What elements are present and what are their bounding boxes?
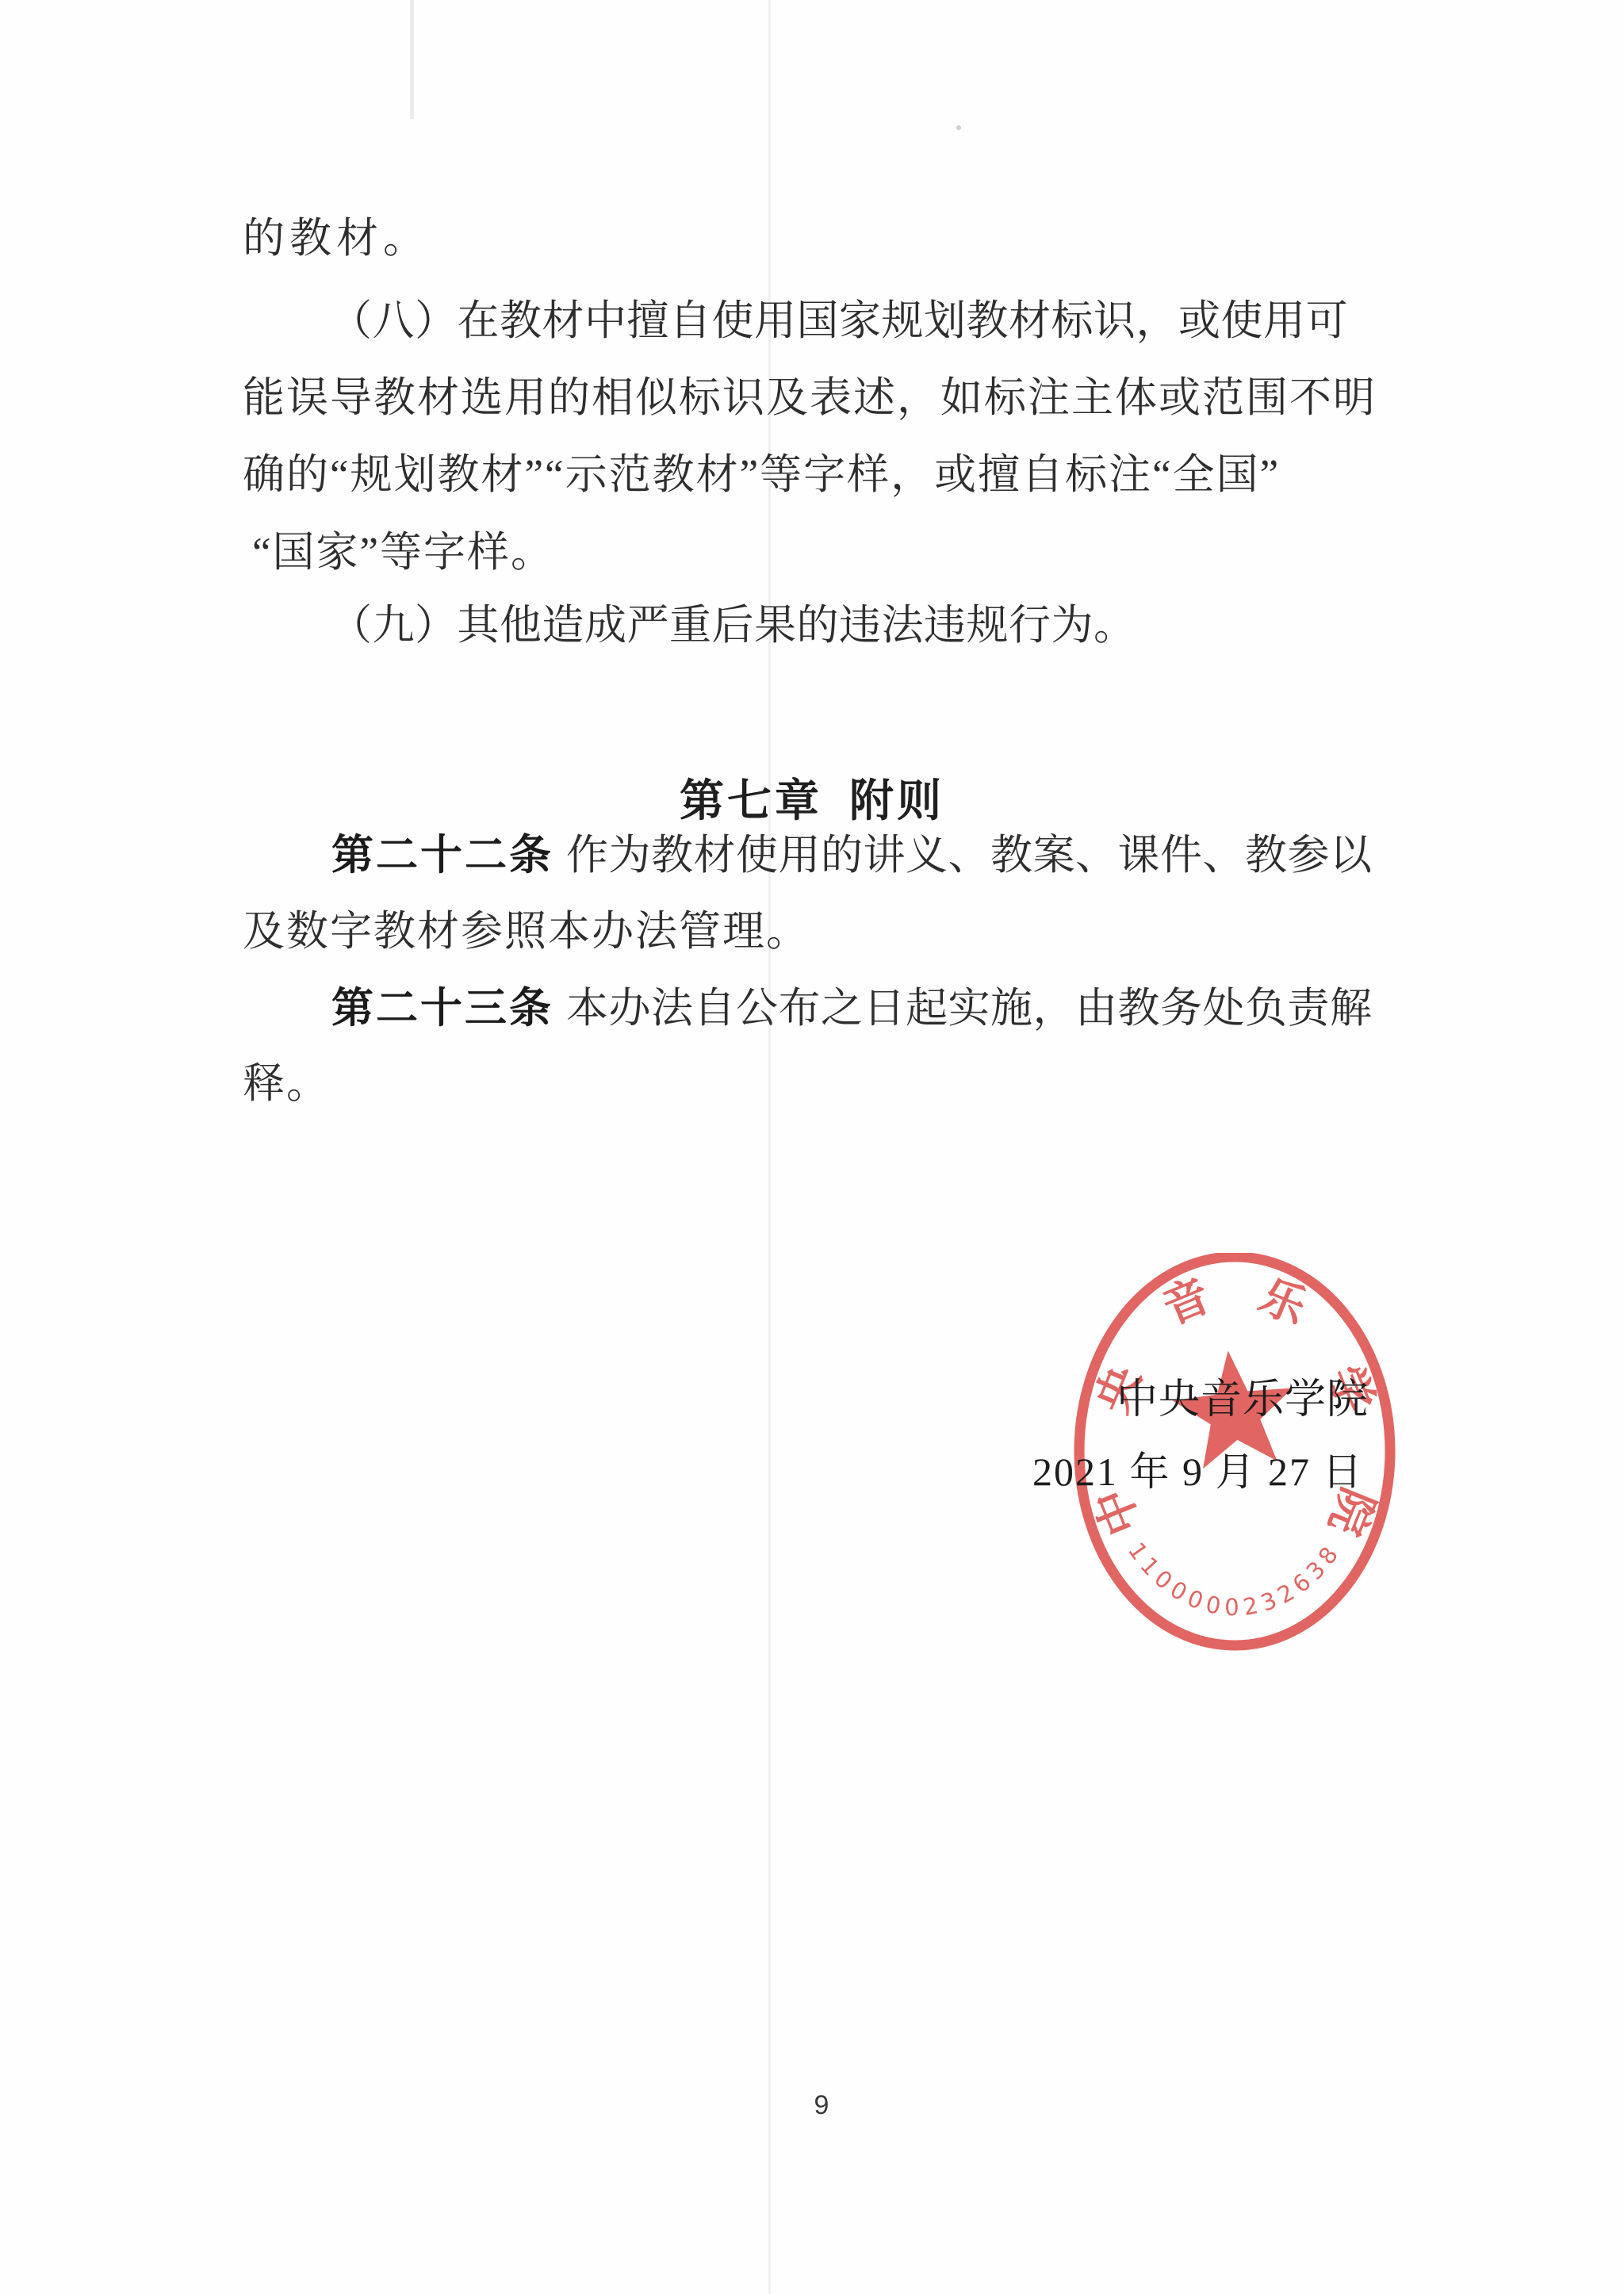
page-number: 9 (798, 2090, 845, 2121)
signature-org-name: 中央音乐学院 (1116, 1365, 1369, 1425)
body-line: （八）在教材中擅自使用国家规划教材标识，或使用可 (330, 298, 1348, 344)
body-line: 第二十二条作为教材使用的讲义、教案、课件、教参以 (331, 833, 1373, 879)
body-line-text: （八）在教材中擅自使用国家规划教材标识，或使用可 (330, 298, 1348, 344)
body-line-text: 及数字教材参照本办法管理。 (243, 909, 810, 955)
document-page: 的教材。 （八）在教材中擅自使用国家规划教材标识，或使用可 能误导教材选用的相似… (0, 0, 1624, 2294)
body-line-text: 本办法自公布之日起实施，由教务处负责解 (566, 986, 1373, 1032)
body-line-text: （九）其他造成严重后果的违法违规行为。 (330, 603, 1136, 649)
article-number: 第二十二条 (331, 833, 553, 879)
scan-speck (956, 125, 961, 130)
body-line: 及数字教材参照本办法管理。 (243, 909, 810, 955)
article-number: 第二十三条 (331, 986, 553, 1032)
scan-streak (410, 0, 414, 119)
body-line-text: 作为教材使用的讲义、教案、课件、教参以 (566, 833, 1373, 879)
body-line: （九）其他造成严重后果的违法违规行为。 (330, 603, 1136, 649)
body-line-text: 确的“规划教材”“示范教材”等字样，或擅自标注“全国” (243, 452, 1280, 498)
body-line: “国家”等字样。 (252, 530, 554, 576)
chapter-heading: 第七章 附则 (0, 766, 1624, 829)
body-line: 确的“规划教材”“示范教材”等字样，或擅自标注“全国” (243, 452, 1280, 498)
body-line-text: 的教材。 (243, 216, 430, 262)
signature-date: 2021 年 9 月 27 日 (1032, 1440, 1364, 1497)
body-line-text: 能误导教材选用的相似标识及表述，如标注主体或范围不明 (243, 375, 1377, 421)
body-line-text: “国家”等字样。 (252, 530, 554, 576)
body-line-text: 释。 (243, 1061, 330, 1107)
body-line: 释。 (243, 1061, 330, 1107)
body-line: 能误导教材选用的相似标识及表述，如标注主体或范围不明 (243, 375, 1377, 421)
body-line: 的教材。 (243, 216, 430, 262)
seal-serial-number: 1100000232638 (1123, 1538, 1346, 1621)
body-line: 第二十三条本办法自公布之日起实施，由教务处负责解 (331, 986, 1373, 1032)
